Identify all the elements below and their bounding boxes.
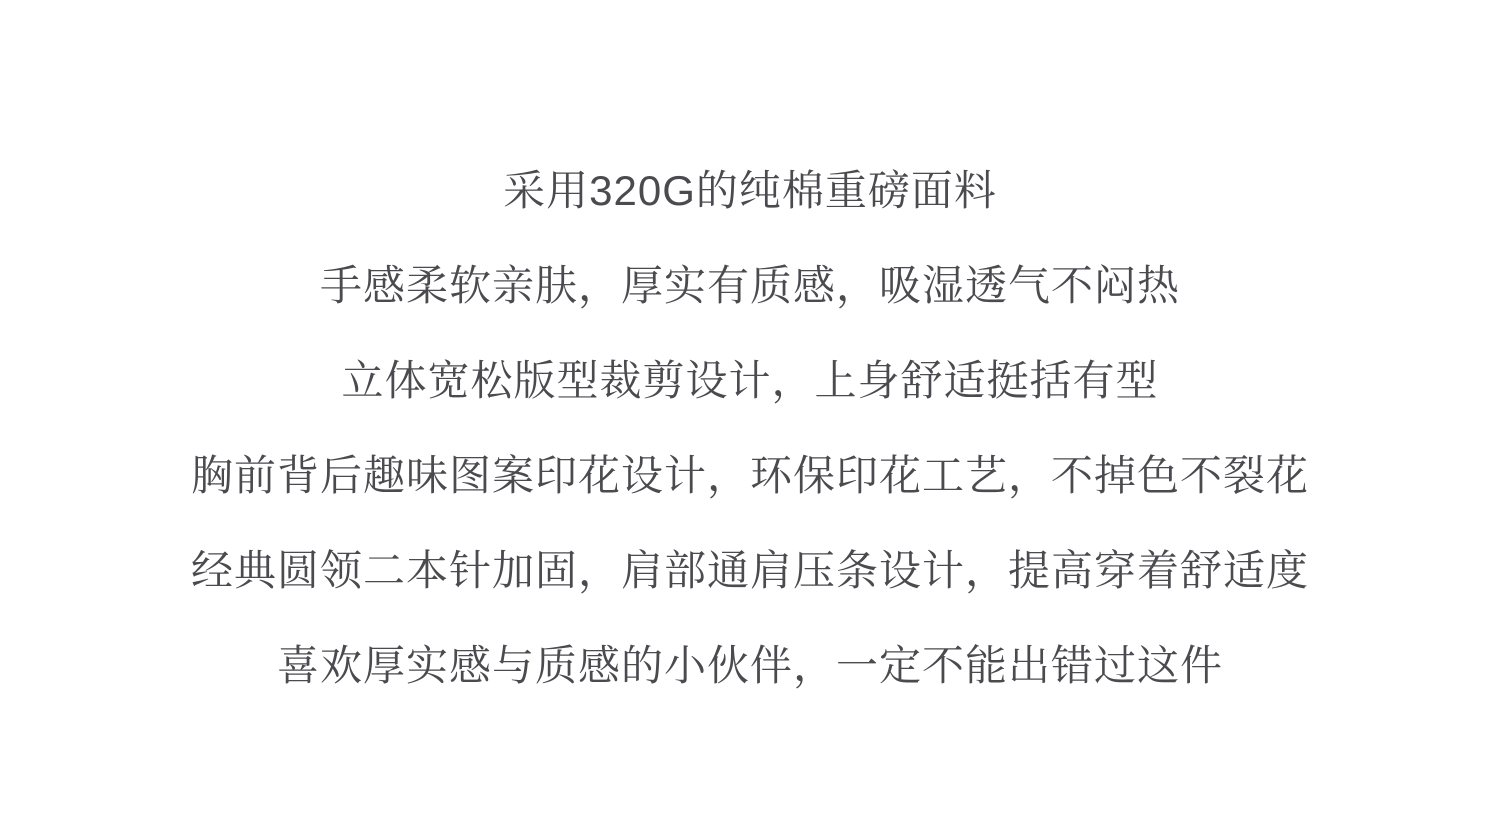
product-description-page: 采用320G的纯棉重磅面料 手感柔软亲肤，厚实有质感，吸湿透气不闷热 立体宽松版… [0,0,1500,820]
description-line-recommendation: 喜欢厚实感与质感的小伙伴，一定不能出错过这件 [0,618,1500,713]
product-description-block: 采用320G的纯棉重磅面料 手感柔软亲肤，厚实有质感，吸湿透气不闷热 立体宽松版… [0,143,1500,713]
description-line-collar: 经典圆领二本针加固，肩部通肩压条设计，提高穿着舒适度 [0,523,1500,618]
description-line-fabric: 采用320G的纯棉重磅面料 [0,143,1500,238]
description-line-print: 胸前背后趣味图案印花设计，环保印花工艺，不掉色不裂花 [0,428,1500,523]
description-line-fit: 立体宽松版型裁剪设计，上身舒适挺括有型 [0,333,1500,428]
description-line-feel: 手感柔软亲肤，厚实有质感，吸湿透气不闷热 [0,238,1500,333]
